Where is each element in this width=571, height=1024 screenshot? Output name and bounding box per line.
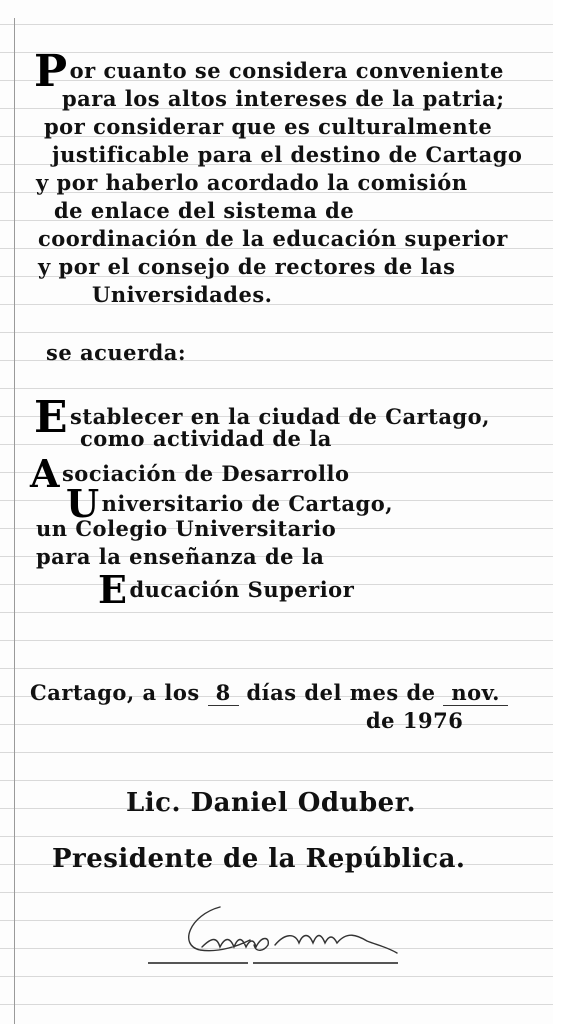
- preamble-line-2: para los altos intereses de la patria;: [62, 86, 505, 112]
- dateline-main: Cartago, a los 8 días del mes de nov.: [30, 680, 508, 706]
- preamble-line-6: de enlace del sistema de: [54, 198, 354, 224]
- dateline-year: de 1976: [366, 708, 463, 734]
- signatory-name: Lic. Daniel Oduber.: [126, 790, 416, 816]
- preamble-line-4: justificable para el destino de Cartago: [52, 142, 522, 168]
- resolution-line-2: como actividad de la: [80, 426, 332, 452]
- resolution-line-6: para la enseñanza de la: [36, 544, 324, 570]
- resolution-line-5: un Colegio Universitario: [36, 516, 336, 542]
- margin-line: [14, 18, 15, 1024]
- preamble-line-7: coordinación de la educación superior: [38, 226, 508, 252]
- resolution-line-7: Educación Superior: [98, 570, 354, 610]
- illuminated-initial-e: E: [34, 398, 68, 438]
- preamble-line-3: por considerar que es culturalmente: [44, 114, 492, 140]
- signatory-title: Presidente de la República.: [52, 846, 465, 872]
- signature-underline: [148, 962, 398, 964]
- dateline-prefix: a los: [143, 680, 200, 705]
- preamble-line-8: y por el consejo de rectores de las: [38, 254, 455, 280]
- page-edge: [553, 0, 571, 1024]
- illuminated-initial-e2: E: [98, 570, 127, 610]
- preamble-line-9: Universidades.: [92, 282, 272, 308]
- dateline-city: Cartago: [30, 680, 127, 705]
- dateline-middle: días del mes de: [247, 680, 436, 705]
- preamble-line-5: y por haberlo acordado la comisión: [36, 170, 468, 196]
- resolution-heading: se acuerda:: [46, 340, 186, 366]
- dateline-month: nov.: [443, 680, 508, 706]
- illuminated-initial-a: A: [30, 454, 60, 494]
- handwritten-signature: [180, 905, 470, 955]
- dateline-day: 8: [208, 680, 239, 706]
